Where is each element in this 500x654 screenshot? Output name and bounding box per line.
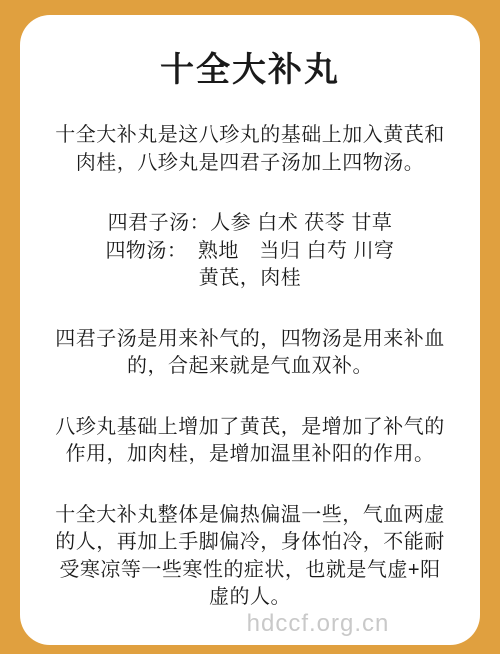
content-card: 十全大补丸 十全大补丸是这八珍丸的基础上加入黄芪和 肉桂，八珍丸是四君子汤加上四… xyxy=(20,15,480,645)
text-line: 的人，再加上手脚偏冷，身体怕冷，不能耐 xyxy=(44,529,456,557)
formula-extra-line: 黄芪，肉桂 xyxy=(44,265,456,293)
paragraph-additions: 八珍丸基础上增加了黄芪，是增加了补气的 作用，加肉桂，是增加温里补阳的作用。 xyxy=(44,414,456,469)
paragraph-indication: 十全大补丸整体是偏热偏温一些，气血两虚 的人，再加上手脚偏冷，身体怕冷，不能耐 … xyxy=(44,502,456,612)
text-line: 四君子汤是用来补气的，四物汤是用来补血 xyxy=(44,326,456,354)
page-title: 十全大补丸 xyxy=(44,51,456,89)
formula-siwu-line: 四物汤： 熟地 当归 白芍 川穹 xyxy=(44,238,456,266)
text-line: 肉桂，八珍丸是四君子汤加上四物汤。 xyxy=(44,150,456,178)
text-line: 十全大补丸整体是偏热偏温一些，气血两虚 xyxy=(44,502,456,530)
text-line: 受寒凉等一些寒性的症状，也就是气虚+阳 xyxy=(44,557,456,585)
formula-sijunzi-line: 四君子汤：人参 白术 茯苓 甘草 xyxy=(44,210,456,238)
text-line: 虚的人。 xyxy=(44,584,456,612)
text-line: 作用，加肉桂，是增加温里补阳的作用。 xyxy=(44,441,456,469)
watermark: hdccf.org.cn xyxy=(112,610,480,638)
text-line: 的，合起来就是气血双补。 xyxy=(44,353,456,381)
paragraph-intro: 十全大补丸是这八珍丸的基础上加入黄芪和 肉桂，八珍丸是四君子汤加上四物汤。 xyxy=(44,122,456,177)
orange-border-frame: 十全大补丸 十全大补丸是这八珍丸的基础上加入黄芪和 肉桂，八珍丸是四君子汤加上四… xyxy=(0,0,500,654)
text-line: 八珍丸基础上增加了黄芪，是增加了补气的 xyxy=(44,414,456,442)
paragraph-qi-blood: 四君子汤是用来补气的，四物汤是用来补血 的，合起来就是气血双补。 xyxy=(44,326,456,381)
text-line: 十全大补丸是这八珍丸的基础上加入黄芪和 xyxy=(44,122,456,150)
formula-list: 四君子汤：人参 白术 茯苓 甘草 四物汤： 熟地 当归 白芍 川穹 黄芪，肉桂 xyxy=(44,210,456,293)
